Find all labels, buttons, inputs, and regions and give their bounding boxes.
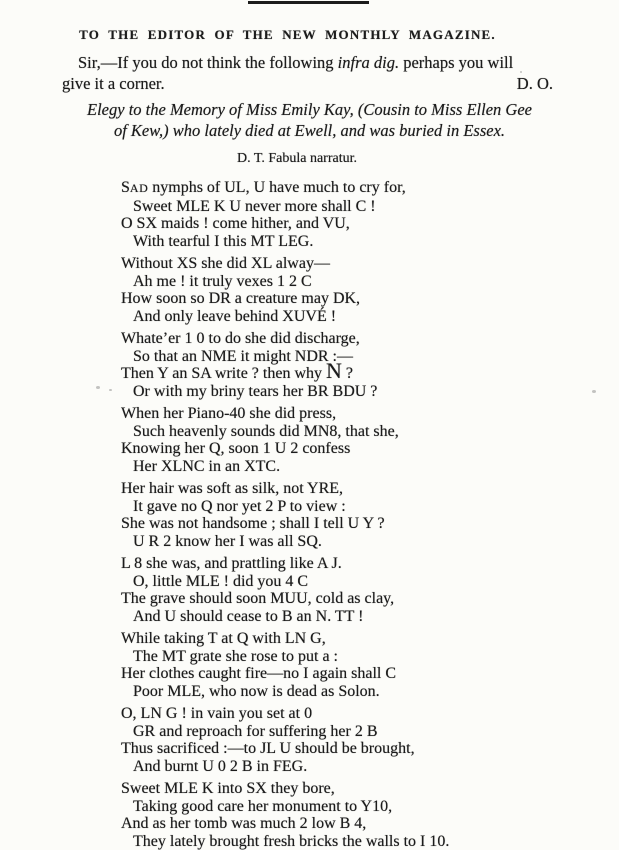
poem-attribution: D. T. Fabula narratur. xyxy=(0,151,594,167)
poem-line: With tearful I this MT LEG. xyxy=(121,233,449,251)
poem-title-line-2: of Kew,) who lately died at Ewell, and w… xyxy=(0,121,619,141)
scan-speck xyxy=(109,389,112,391)
poem-line: Sweet MLE K into SX they bore, xyxy=(121,780,449,798)
poem-line: And burnt U 0 2 B in FEG. xyxy=(121,758,449,776)
poem-line: Her hair was soft as silk, not YRE, xyxy=(121,480,449,498)
masthead-rule xyxy=(248,1,369,4)
poem-line: And as her tomb was much 2 low B 4, xyxy=(121,815,449,833)
latin-phrase: infra dig. xyxy=(338,53,399,72)
poem-line: Her XLNC in an XTC. xyxy=(121,458,449,476)
poem-title-line-1: Elegy to the Memory of Miss Emily Kay, (… xyxy=(0,100,619,120)
poem-line: And only leave behind XUVÉ ! xyxy=(121,308,449,326)
stanza-5: Her hair was soft as silk, not YRE, It g… xyxy=(121,480,449,550)
poem-line: They lately brought fresh bricks the wal… xyxy=(121,833,449,850)
poem-line: O, LN G ! in vain you set at 0 xyxy=(121,705,449,723)
stanza-3: Whate’er 1 0 to do she did discharge, So… xyxy=(121,330,449,400)
drop-initial: S xyxy=(121,179,130,196)
poem-line: And U should cease to B an N. TT ! xyxy=(121,608,449,626)
stanza-9: Sweet MLE K into SX they bore, Taking go… xyxy=(121,780,449,850)
poem-line: O SX maids ! come hither, and VU, xyxy=(121,215,449,233)
line-fragment: ? xyxy=(342,365,353,382)
poem-line: Her clothes caught fire—no I again shall… xyxy=(121,665,449,683)
intro-line-2: give it a corner. xyxy=(62,74,165,94)
scan-speck xyxy=(592,390,596,393)
poem-line: Then Y an SA write ? then why N ? xyxy=(121,365,449,383)
intro-signature: D. O. xyxy=(517,74,553,94)
stanza-7: While taking T at Q with LN G, The MT gr… xyxy=(121,630,449,700)
poem-line: While taking T at Q with LN G, xyxy=(121,630,449,648)
poem-line: Thus sacrificed :—to JL U should be brou… xyxy=(121,740,449,758)
line-fragment: nymphs of UL, U have much to cry for, xyxy=(148,179,406,196)
poem-line: L 8 she was, and prattling like A J. xyxy=(121,555,449,573)
poem-line: Without XS she did XL alway— xyxy=(121,255,449,273)
stanza-4: When her Piano-40 she did press, Such he… xyxy=(121,405,449,475)
poem-line: Such heavenly sounds did MN8, that she, xyxy=(121,423,449,441)
poem-line: The grave should soon MUU, cold as clay, xyxy=(121,590,449,608)
stanza-1: SAD nymphs of UL, U have much to cry for… xyxy=(121,179,449,250)
poem-line: So that an NME it might NDR :— xyxy=(121,348,449,366)
poem-line: Ah me ! it truly vexes 1 2 C xyxy=(121,273,449,291)
poem-line: GR and reproach for suffering her 2 B xyxy=(121,723,449,741)
small-caps-fragment: AD xyxy=(130,181,148,195)
poem-line: O, little MLE ! did you 4 C xyxy=(121,573,449,591)
line-fragment: Then Y an SA write ? then why xyxy=(121,365,326,382)
magazine-page: TO THE EDITOR OF THE NEW MONTHLY MAGAZIN… xyxy=(0,0,619,850)
poem-line: Whate’er 1 0 to do she did discharge, xyxy=(121,330,449,348)
poem-line: It gave no Q nor yet 2 P to view : xyxy=(121,498,449,516)
scan-speck xyxy=(520,71,522,73)
poem-line: The MT grate she rose to put a : xyxy=(121,648,449,666)
poem-line: Or with my briny tears her BR BDU ? xyxy=(121,383,449,401)
poem-line: Sweet MLE K U never more shall C ! xyxy=(121,198,449,216)
stanza-6: L 8 she was, and prattling like A J. O, … xyxy=(121,555,449,625)
poem-line: Taking good care her monument to Y10, xyxy=(121,798,449,816)
intro-line-1: Sir,—If you do not think the following i… xyxy=(78,53,513,73)
line-fragment: Sir,—If you do not think the following xyxy=(78,53,338,72)
stanza-2: Without XS she did XL alway— Ah me ! it … xyxy=(121,255,449,325)
poem-line: U R 2 know her I was all SQ. xyxy=(121,533,449,551)
poem-line: SAD nymphs of UL, U have much to cry for… xyxy=(121,179,449,198)
big-letter-n: N xyxy=(326,358,342,383)
editor-heading: TO THE EDITOR OF THE NEW MONTHLY MAGAZIN… xyxy=(0,27,575,43)
poem-line: Poor MLE, who now is dead as Solon. xyxy=(121,683,449,701)
scan-speck xyxy=(96,386,100,389)
poem-line: Knowing her Q, soon 1 U 2 confess xyxy=(121,440,449,458)
poem: SAD nymphs of UL, U have much to cry for… xyxy=(121,179,449,850)
line-fragment: perhaps you will xyxy=(399,53,513,72)
poem-line: How soon so DR a creature may DK, xyxy=(121,290,449,308)
poem-line: She was not handsome ; shall I tell U Y … xyxy=(121,515,449,533)
poem-line: When her Piano-40 she did press, xyxy=(121,405,449,423)
stanza-8: O, LN G ! in vain you set at 0 GR and re… xyxy=(121,705,449,775)
